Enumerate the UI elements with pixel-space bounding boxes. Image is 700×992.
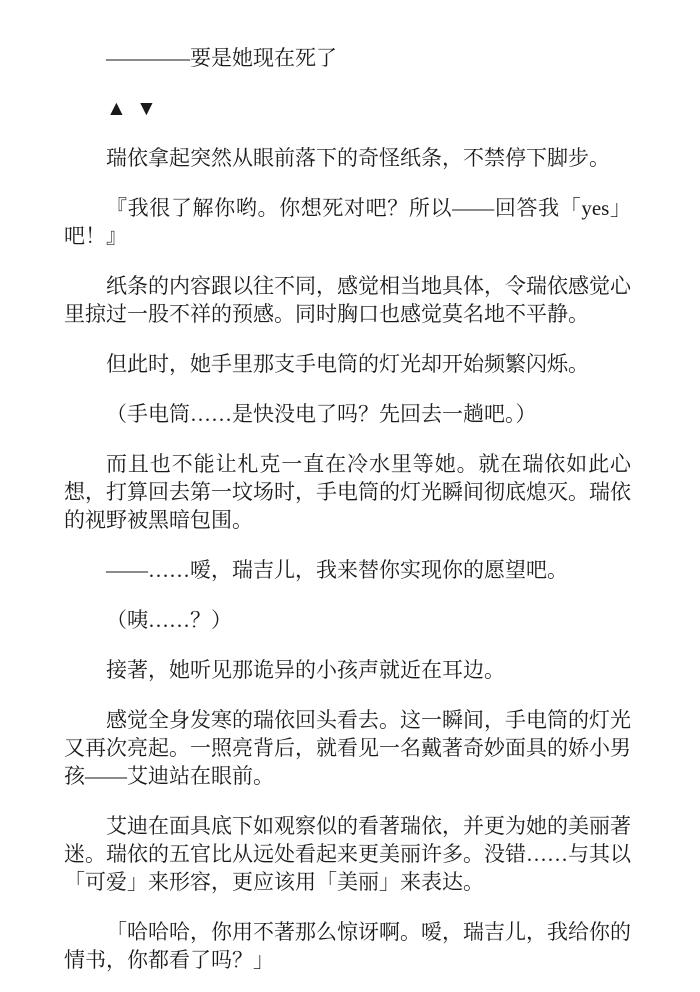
novel-page: ————要是她现在死了▲ ▼瑞依拿起突然从眼前落下的奇怪纸条，不禁停下脚步。『我… [0,0,700,992]
story-paragraph: （咦……？） [64,606,631,634]
story-paragraph: 『我很了解你哟。你想死对吧？所以——回答我「yes」吧！』 [64,194,631,250]
story-paragraph: 但此时，她手里那支手电筒的灯光却开始频繁闪烁。 [64,350,631,378]
story-paragraph: 「哈哈哈，你用不著那么惊讶啊。嗳，瑞吉儿，我给你的情书，你都看了吗？」 [64,918,631,974]
story-paragraph: 瑞依拿起突然从眼前落下的奇怪纸条，不禁停下脚步。 [64,144,631,172]
story-paragraph: （手电筒……是快没电了吗？先回去一趟吧。） [64,400,631,428]
story-paragraph: 艾迪在面具底下如观察似的看著瑞依，并更为她的美丽著迷。瑞依的五官比从远处看起来更… [64,812,631,896]
story-paragraph: 感觉全身发寒的瑞依回头看去。这一瞬间，手电筒的灯光又再次亮起。一照亮背后，就看见… [64,706,631,790]
scene-break-markers: ▲ ▼ [64,94,631,122]
dash-heading-line: ————要是她现在死了 [64,44,631,72]
story-paragraph: ——……嗳，瑞吉儿，我来替你实现你的愿望吧。 [64,556,631,584]
story-paragraph: 纸条的内容跟以往不同，感觉相当地具体，令瑞依感觉心里掠过一股不祥的预感。同时胸口… [64,272,631,328]
story-paragraph: 接著，她听见那诡异的小孩声就近在耳边。 [64,656,631,684]
story-paragraph: 而且也不能让札克一直在冷水里等她。就在瑞依如此心想，打算回去第一坟场时，手电筒的… [64,450,631,534]
